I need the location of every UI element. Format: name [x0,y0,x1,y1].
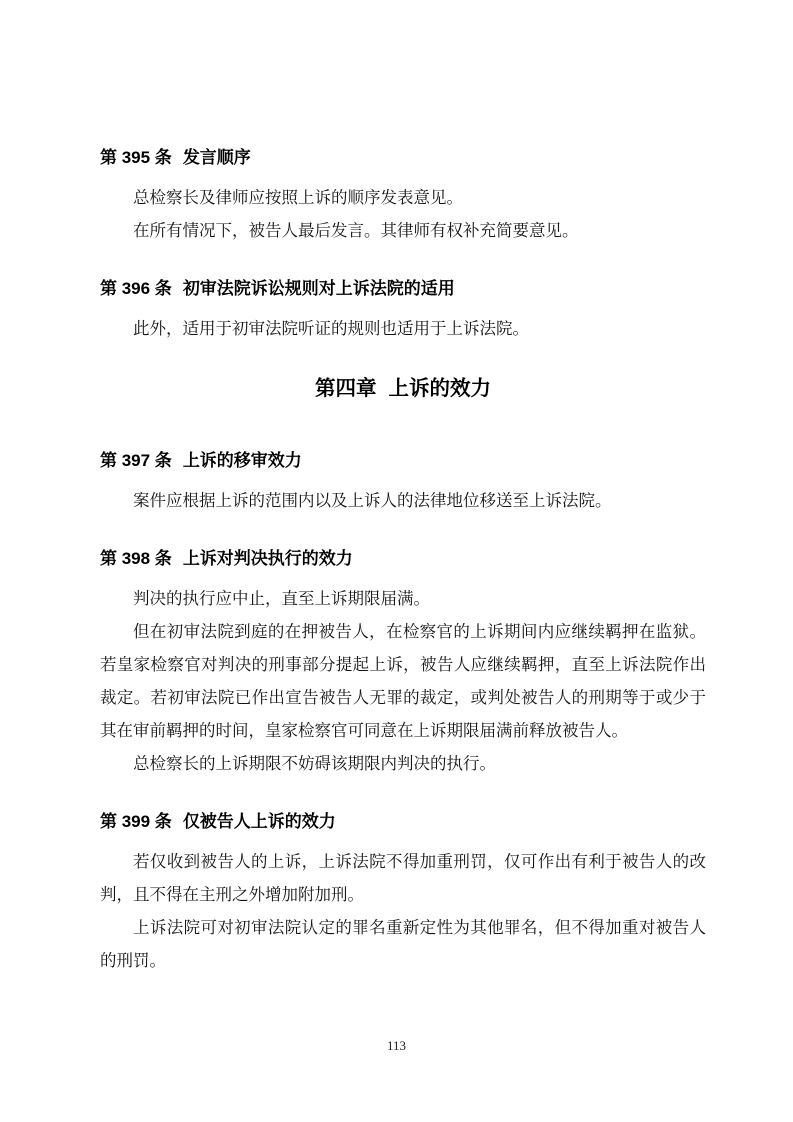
article-heading: 第 395 条发言顺序 [100,146,706,169]
article-title: 初审法院诉讼规则对上诉法院的适用 [183,279,455,298]
article-heading: 第 396 条初审法院诉讼规则对上诉法院的适用 [100,277,706,300]
article-paragraph: 案件应根据上诉的范围内以及上诉人的法律地位移送至上诉法院。 [100,484,706,517]
article-395: 第 395 条发言顺序 总检察长及律师应按照上诉的顺序发表意见。 在所有情况下，… [100,146,706,247]
article-paragraph: 判决的执行应中止，直至上诉期限届满。 [100,582,706,615]
article-paragraph: 总检察长的上诉期限不妨碍该期限内判决的执行。 [100,747,706,780]
chapter-title: 上诉的效力 [389,377,492,400]
article-paragraph: 总检察长及律师应按照上诉的顺序发表意见。 [100,181,706,214]
article-paragraph: 在所有情况下，被告人最后发言。其律师有权补充简要意见。 [100,214,706,247]
article-paragraph: 若仅收到被告人的上诉，上诉法院不得加重刑罚，仅可作出有利于被告人的改判，且不得在… [100,845,706,911]
article-title: 上诉对判决执行的效力 [183,549,353,568]
article-398: 第 398 条上诉对判决执行的效力 判决的执行应中止，直至上诉期限届满。 但在初… [100,547,706,780]
article-paragraph: 上诉法院可对初审法院认定的罪名重新定性为其他罪名，但不得加重对被告人的刑罚。 [100,911,706,977]
article-heading: 第 397 条上诉的移审效力 [100,449,706,472]
chapter-heading: 第四章上诉的效力 [100,375,706,403]
article-heading: 第 399 条仅被告人上诉的效力 [100,810,706,833]
article-number: 第 396 条 [100,279,172,298]
article-396: 第 396 条初审法院诉讼规则对上诉法院的适用 此外，适用于初审法院听证的规则也… [100,277,706,345]
chapter-number: 第四章 [315,377,377,400]
document-page: 第 395 条发言顺序 总检察长及律师应按照上诉的顺序发表意见。 在所有情况下，… [0,0,793,1122]
article-paragraph: 但在初审法院到庭的在押被告人，在检察官的上诉期间内应继续羁押在监狱。若皇家检察官… [100,615,706,747]
article-number: 第 398 条 [100,549,172,568]
page-number: 113 [0,1038,793,1054]
article-paragraph: 此外，适用于初审法院听证的规则也适用于上诉法院。 [100,312,706,345]
article-number: 第 395 条 [100,148,172,167]
article-number: 第 397 条 [100,451,172,470]
article-399: 第 399 条仅被告人上诉的效力 若仅收到被告人的上诉，上诉法院不得加重刑罚，仅… [100,810,706,977]
article-397: 第 397 条上诉的移审效力 案件应根据上诉的范围内以及上诉人的法律地位移送至上… [100,449,706,517]
article-title: 发言顺序 [183,148,251,167]
article-heading: 第 398 条上诉对判决执行的效力 [100,547,706,570]
article-title: 仅被告人上诉的效力 [183,812,336,831]
article-title: 上诉的移审效力 [183,451,302,470]
page-content: 第 395 条发言顺序 总检察长及律师应按照上诉的顺序发表意见。 在所有情况下，… [100,146,706,1007]
article-number: 第 399 条 [100,812,172,831]
